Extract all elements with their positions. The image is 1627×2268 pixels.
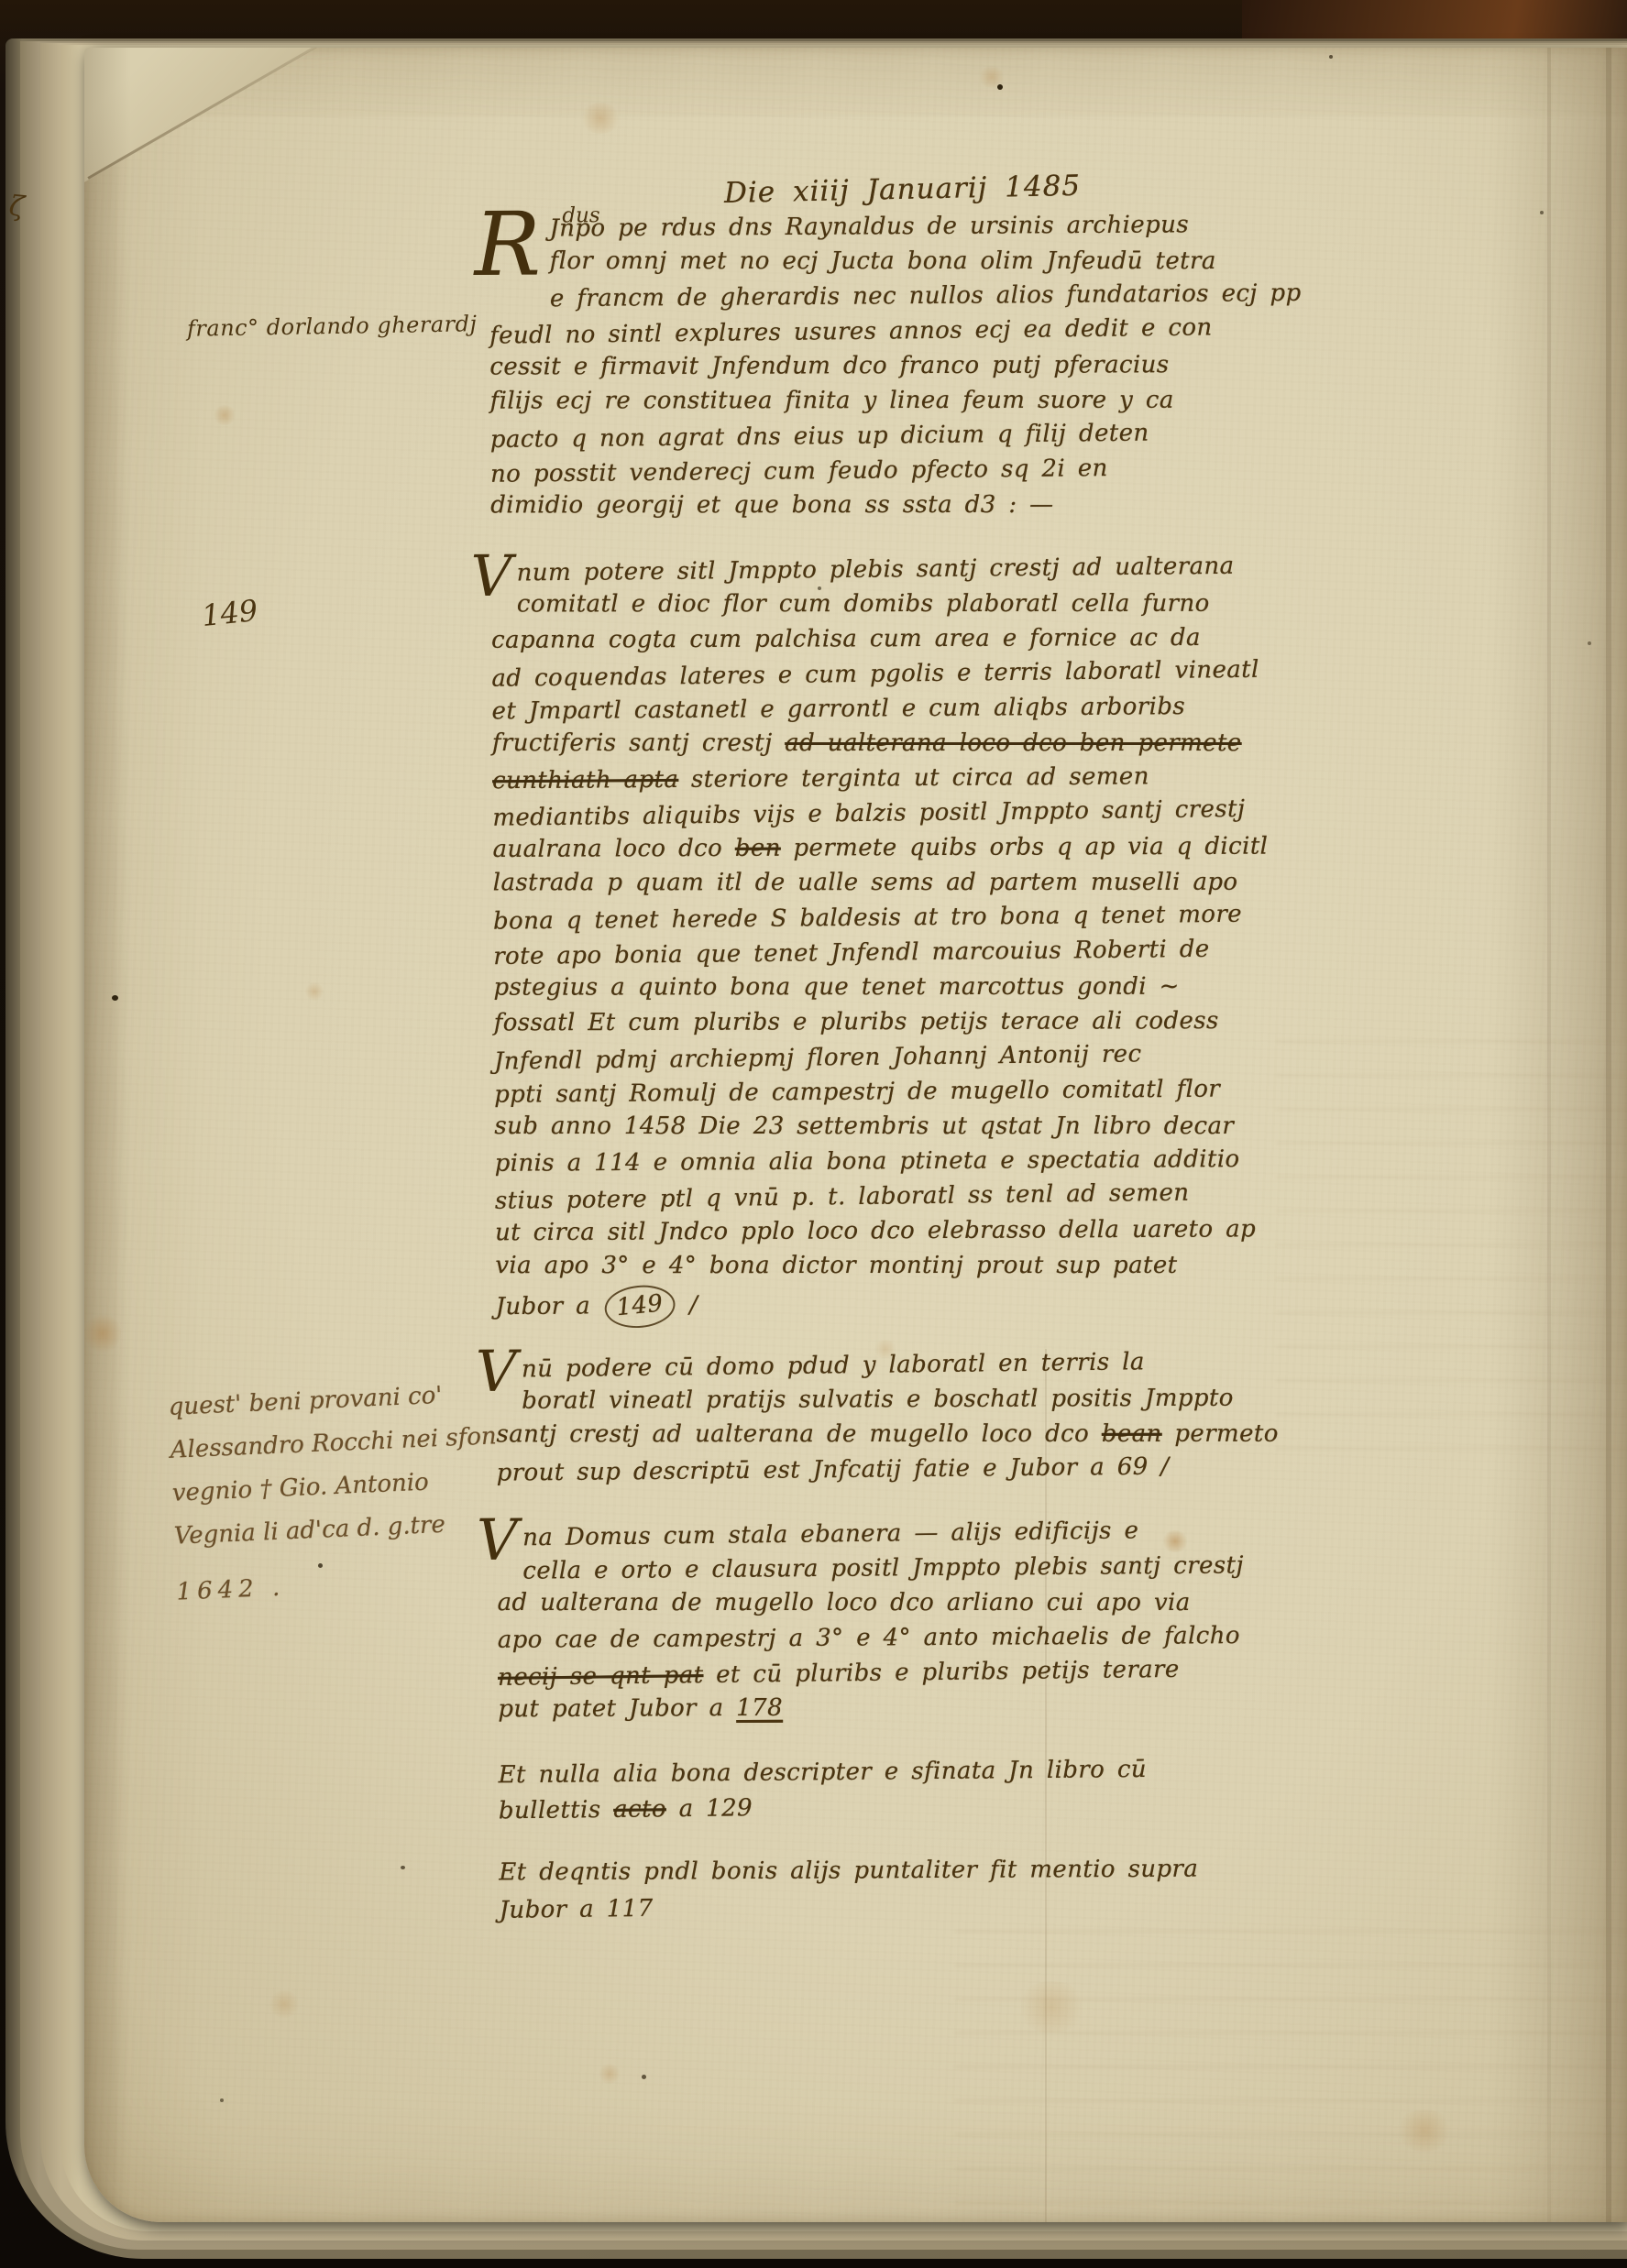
- foxing-spot: [579, 103, 621, 134]
- ink-speck: [642, 2075, 646, 2079]
- paragraph: Vna Domus cum stala ebanera — alijs edif…: [497, 1513, 1378, 1727]
- paragraph: Vnum potere sitl Jmppto plebis santj cre…: [491, 549, 1376, 1320]
- foxing-spot: [213, 405, 236, 425]
- text-line: flor omnj met no ecj Jucta bona olim Jnf…: [489, 244, 1369, 279]
- text-line: cessit e firmavit Jnfendum dco franco pu…: [489, 347, 1369, 385]
- foxing-spot: [268, 1990, 301, 2018]
- page-edge-crease: [1606, 48, 1611, 2222]
- paragraph: Et nulla alia bona descripter e sfinata …: [499, 1751, 1379, 1826]
- text-line: et Jmpartl castanetl e garrontl e cum al…: [491, 688, 1371, 729]
- foxing-spot: [1395, 2109, 1454, 2152]
- ink-speck: [220, 2098, 224, 2102]
- folded-corner: [84, 48, 319, 183]
- text-line: fructiferis santj crestj ad ualterana lo…: [492, 726, 1372, 761]
- foxing-spot: [598, 2064, 621, 2084]
- ink-speck: [1329, 55, 1333, 59]
- paragraph: Vnū podere cū domo pdud y laboratl en te…: [496, 1344, 1377, 1489]
- text-line: put patet Jubor a 178: [498, 1688, 1378, 1727]
- foxing-spot: [304, 982, 324, 1001]
- foxing-spot: [84, 1312, 121, 1354]
- margin-note-name: franc° dorlando gherardj: [187, 311, 478, 342]
- manuscript-photo: ζ Die xiiij Januarij 1485: [0, 0, 1627, 2268]
- foxing-spot: [978, 66, 1006, 88]
- ink-speck: [401, 1866, 405, 1869]
- text-line: comitatl e dioc flor cum domibs plaborat…: [491, 586, 1371, 622]
- text-line: cella e orto e clausura positl Jmppto pl…: [497, 1547, 1377, 1589]
- text-line: sub anno 1458 Die 23 settembris ut qstat…: [494, 1109, 1374, 1144]
- text-line: filijs ecj re constituea finita y linea …: [490, 382, 1370, 418]
- text-line: dimidio georgij et que bona ss ssta d3 :…: [490, 488, 1370, 523]
- text-line: via apo 3° e 4° bona dictor montinj prou…: [495, 1248, 1375, 1283]
- text-line: boratl vineatl pratijs sulvatis e boscha…: [496, 1380, 1376, 1419]
- date-header: Die xiiij Januarij 1485: [724, 168, 1156, 210]
- ink-speck: [112, 995, 118, 1001]
- text-line: aualrana loco dco ben permete quibs orbs…: [492, 828, 1372, 867]
- text-line: Jubor a 149 /: [495, 1279, 1375, 1322]
- main-text: RdusJnpo pe rdus dns Raynaldus de ursini…: [489, 206, 1379, 1925]
- text-line: Jnpo pe rdus dns Raynaldus de ursinis ar…: [489, 206, 1369, 247]
- text-line: ut circa sitl Jndco pplo loco dco elebra…: [495, 1211, 1375, 1251]
- text-line: lastrada p quam itl de ualle sems ad par…: [493, 865, 1373, 901]
- paragraph: Et deqntis pndl bonis alijs puntaliter f…: [499, 1850, 1379, 1925]
- margin-folio-number: 149: [200, 593, 259, 633]
- ink-speck: [1588, 641, 1591, 645]
- text-line: ad ualterana de mugello loco dco arliano…: [498, 1585, 1378, 1620]
- text-line: num potere sitl Jmppto plebis santj cres…: [491, 547, 1371, 590]
- text-line: santj crestj ad ualterana de mugello loc…: [496, 1417, 1376, 1452]
- vertical-crease: [1547, 48, 1551, 2222]
- text-line: ppti santj Romulj de campestrj de mugell…: [494, 1070, 1374, 1112]
- later-note: quest' beni provani co'Alessandro Rocchi…: [168, 1370, 544, 1614]
- text-line: prout sup descriptū est Jnfcatij fatie e…: [497, 1447, 1377, 1490]
- text-line: no posstit venderecj cum feudo pfecto sq…: [490, 448, 1370, 491]
- ink-speck: [1540, 211, 1544, 214]
- foxing-spot: [1015, 1981, 1088, 2032]
- paragraph: RdusJnpo pe rdus dns Raynaldus de ursini…: [489, 206, 1370, 525]
- ink-speck: [997, 84, 1003, 90]
- manuscript-page: Die xiiij Januarij 1485 franc° dorlando …: [84, 48, 1627, 2222]
- text-line: pstegius a quinto bona que tenet marcott…: [493, 969, 1373, 1004]
- verso-showthrough: [955, 1908, 1627, 2222]
